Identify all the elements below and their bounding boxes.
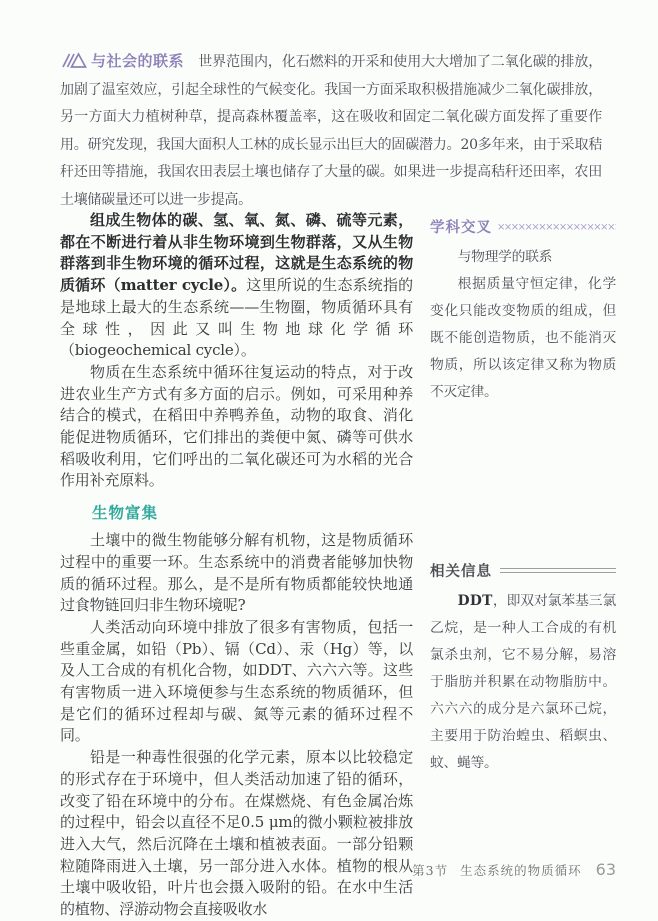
chain-decoration: ×××××××××××××××××××××××× xyxy=(497,222,616,233)
society-connection-header: 与社会的联系 xyxy=(60,48,184,77)
cross-discipline-text: 根据质量守恒定律，化学变化只能改变物质的组成，但既不能创造物质，也不能消灭物质，… xyxy=(430,271,616,406)
society-connection-title: 与社会的联系 xyxy=(91,52,184,70)
related-info-text: DDT，即双对氯苯基三氯乙烷，是一种人工合成的有机氯杀虫剂，它不易分解，易溶于脂… xyxy=(430,588,616,777)
society-connection-section: 与社会的联系 世界范围内，化石燃料的开采和使用大大增加了二氧化碳的排放，加剧了温… xyxy=(60,48,602,214)
ddt-lead-text: DDT xyxy=(458,593,493,609)
matter-cycle-paragraph: 组成生物体的碳、氢、氧、氮、磷、硫等元素，都在不断进行着从非生物环境到生物群落，… xyxy=(60,210,413,362)
society-connection-text: 世界范围内，化石燃料的开采和使用大大增加了二氧化碳的排放，加剧了温室效应，引起全… xyxy=(60,54,602,208)
cross-discipline-subtitle: 与物理学的联系 xyxy=(430,244,616,271)
soil-microbe-paragraph: 土壤中的微生物能够分解有机物，这是物质循环过程中的重要一环。生态系统中的消费者能… xyxy=(60,530,413,617)
double-rule-decoration xyxy=(500,568,616,573)
mountain-slashes-icon xyxy=(60,51,87,69)
related-info-rest: ，即双对氯苯基三氯乙烷，是一种人工合成的有机氯杀虫剂，它不易分解，易溶于脂肪并积… xyxy=(430,593,616,771)
page-footer: 第3节 生态系统的物质循环 63 xyxy=(412,860,616,879)
harmful-substances-paragraph: 人类活动向环境中排放了很多有害物质，包括一些重金属，如铅（Pb）、镉（Cd）、汞… xyxy=(60,617,413,747)
cross-discipline-header: 学科交叉 ×××××××××××××××××××××××× xyxy=(430,216,616,237)
cross-discipline-box: 学科交叉 ×××××××××××××××××××××××× 与物理学的联系 根据… xyxy=(430,216,616,406)
agriculture-insight-paragraph: 物质在生态系统中循环往复运动的特点，对于改进农业生产方式有多方面的启示。例如，可… xyxy=(60,362,413,492)
biomagnification-heading: 生物富集 xyxy=(92,501,413,523)
main-text-column: 组成生物体的碳、氢、氧、氮、磷、硫等元素，都在不断进行着从非生物环境到生物群落，… xyxy=(60,210,413,921)
page-number: 63 xyxy=(596,860,616,879)
related-info-header: 相关信息 xyxy=(430,560,616,581)
related-info-title: 相关信息 xyxy=(430,560,492,581)
lead-pollution-paragraph: 铅是一种毒性很强的化学元素，原本以比较稳定的形式存在于环境中，但人类活动加速了铅… xyxy=(60,747,413,921)
footer-chapter-title: 生态系统的物质循环 xyxy=(460,861,582,879)
society-connection-paragraph: 与社会的联系 世界范围内，化石燃料的开采和使用大大增加了二氧化碳的排放，加剧了温… xyxy=(60,48,602,214)
related-info-body: DDT，即双对氯苯基三氯乙烷，是一种人工合成的有机氯杀虫剂，它不易分解，易溶于脂… xyxy=(430,588,616,777)
cross-discipline-body: 与物理学的联系 根据质量守恒定律，化学变化只能改变物质的组成，但既不能创造物质，… xyxy=(430,244,616,406)
footer-section-label: 第3节 xyxy=(412,861,448,879)
cross-discipline-title: 学科交叉 xyxy=(430,216,492,237)
related-info-box: 相关信息 DDT，即双对氯苯基三氯乙烷，是一种人工合成的有机氯杀虫剂，它不易分解… xyxy=(430,560,616,777)
textbook-page: 与社会的联系 世界范围内，化石燃料的开采和使用大大增加了二氧化碳的排放，加剧了温… xyxy=(0,0,658,921)
